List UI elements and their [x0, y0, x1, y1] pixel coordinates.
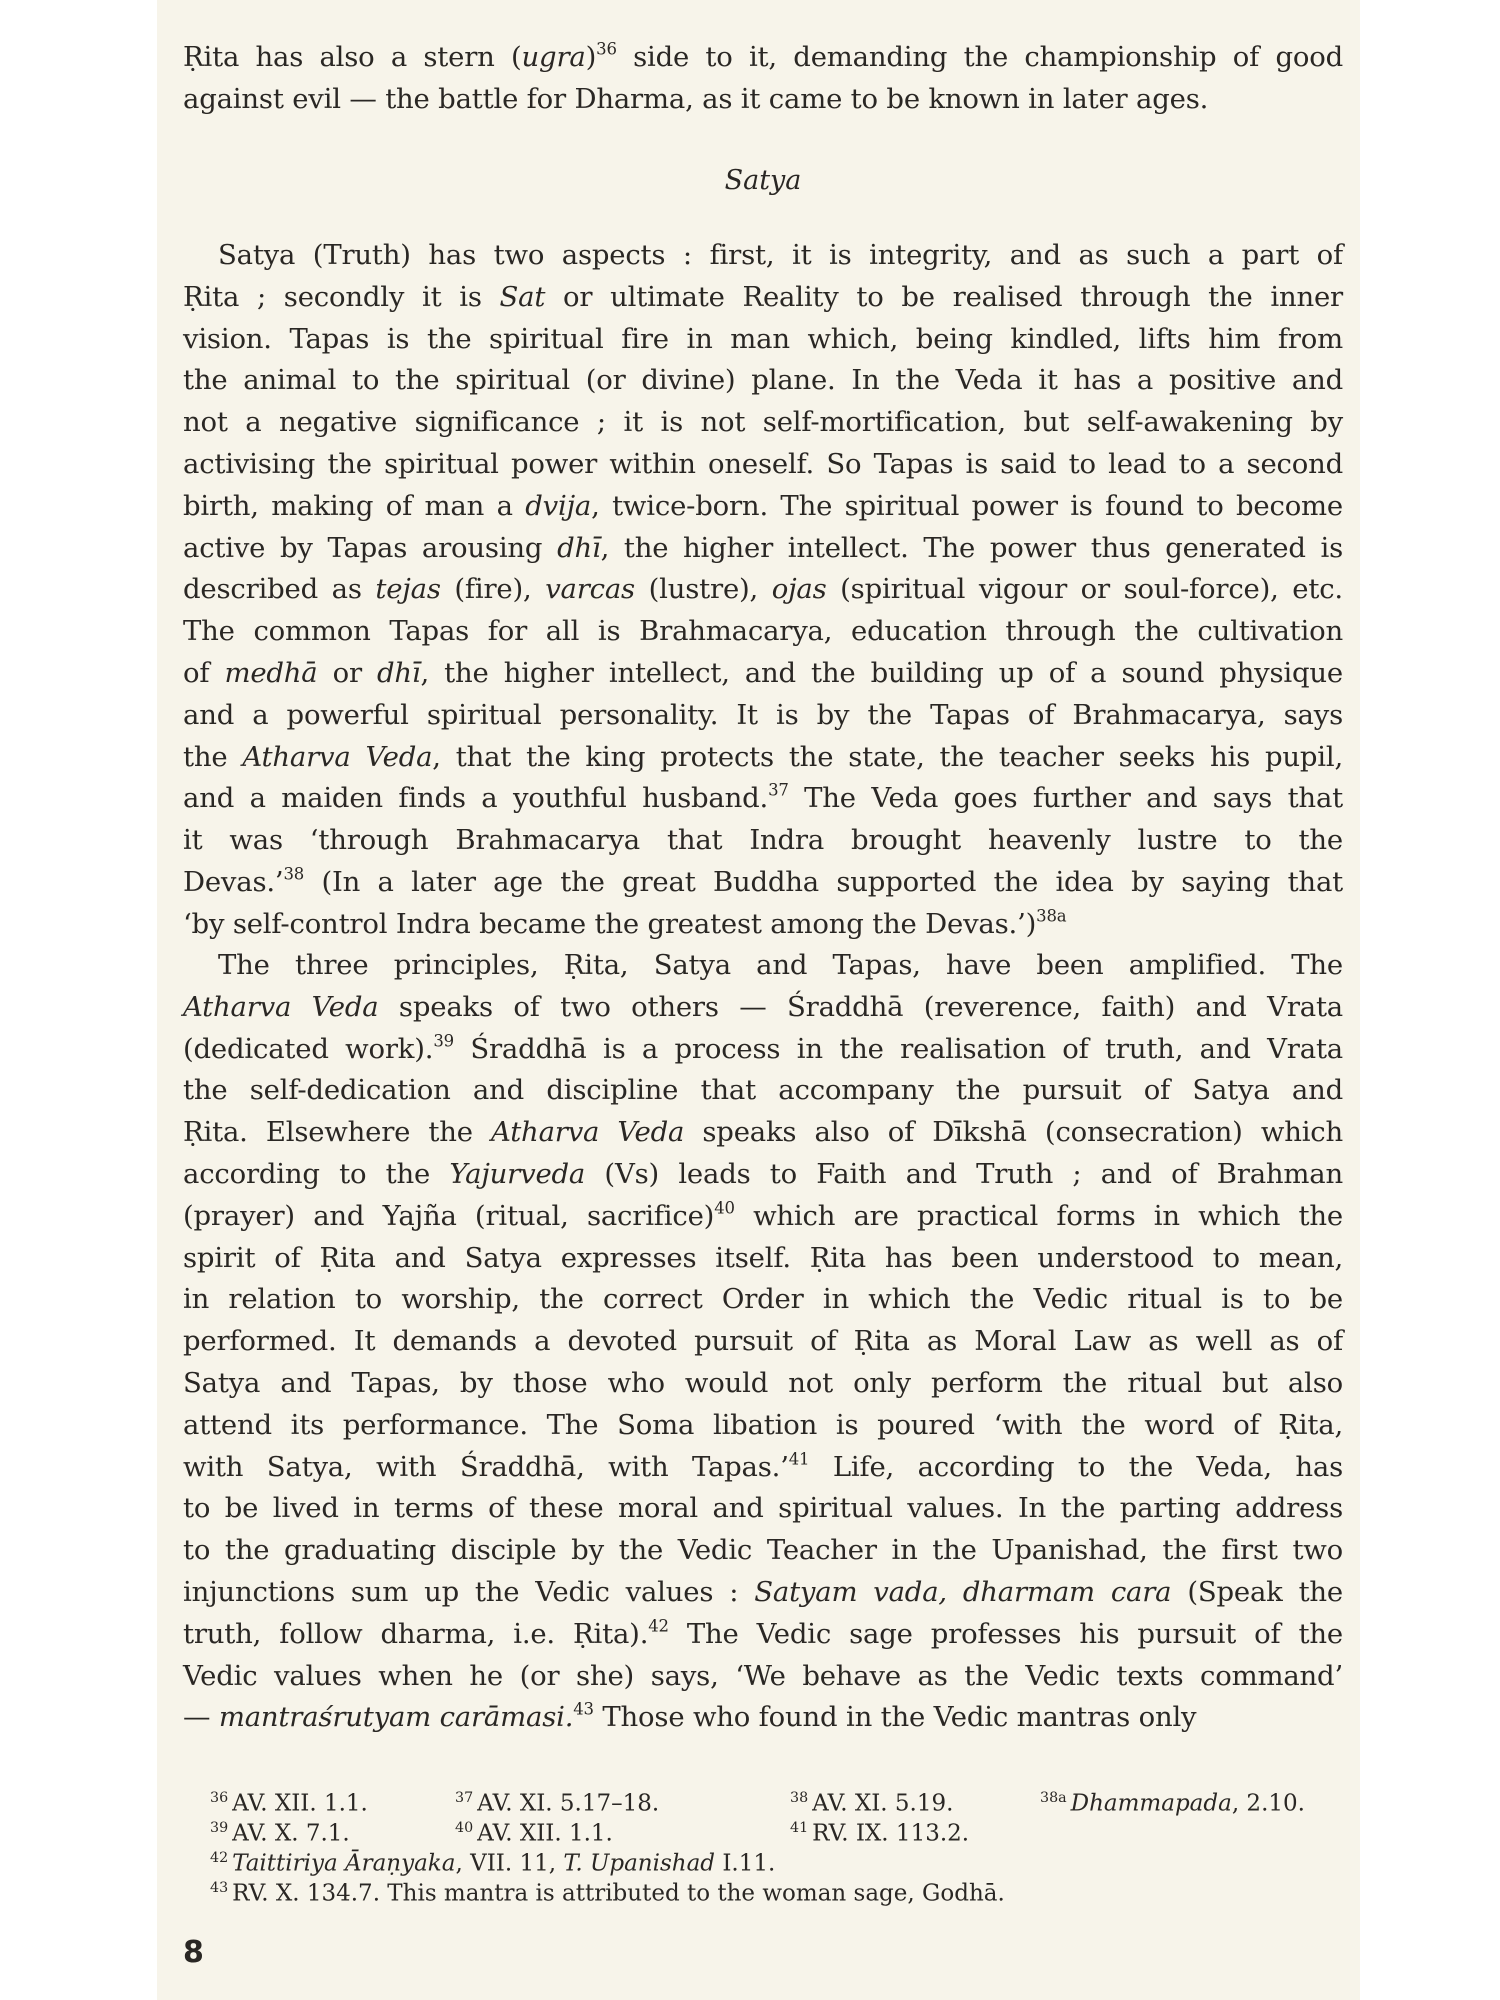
text-line: Satya (Truth) has two aspects : first, i… [218, 234, 1343, 276]
italic-term: Atharva Veda [242, 741, 432, 773]
footnote-number: 43 [210, 1880, 228, 1896]
text-line: according to the Yajurveda (Vs) leads to… [183, 1153, 1343, 1195]
footnote-number: 38a [1040, 1790, 1067, 1806]
text-line: against evil — the battle for Dharma, as… [183, 78, 1343, 120]
footnote-ref[interactable]: 43 [573, 1700, 594, 1719]
footnote-number: 40 [455, 1820, 473, 1836]
text-line: spirit of Ṛita and Satya expresses itsel… [183, 1237, 1343, 1279]
italic-term: medhā [224, 657, 317, 689]
text-line: in relation to worship, the correct Orde… [183, 1278, 1343, 1320]
text-line: Satya and Tapas, by those who would not … [183, 1362, 1343, 1404]
text-line: to the graduating disciple by the Vedic … [183, 1529, 1343, 1571]
footnote-ref[interactable]: 42 [648, 1616, 669, 1635]
footnote-ref[interactable]: 37 [768, 781, 789, 800]
footnote-number: 37 [455, 1790, 473, 1806]
text-line: ‘by self-control Indra became the greate… [183, 903, 1343, 945]
text-line: attend its performance. The Soma libatio… [183, 1404, 1343, 1446]
section-heading-satya: Satya [183, 160, 1343, 202]
footnote-number: 39 [210, 1820, 228, 1836]
text-line: birth, making of man a dvija, twice-born… [183, 485, 1343, 527]
italic-term: Yajurveda [449, 1158, 585, 1190]
text-line: described as tejas (fire), varcas (lustr… [183, 568, 1343, 610]
footnote-ref[interactable]: 40 [714, 1198, 735, 1217]
text-line: vision. Tapas is the spiritual fire in m… [183, 318, 1343, 360]
italic-term: Atharva Veda [491, 1116, 684, 1148]
italic-term: mantraśrutyam carāmasi. [219, 1701, 573, 1733]
text-line: not a negative significance ; it is not … [183, 401, 1343, 443]
italic-term: varcas [545, 573, 635, 605]
footnote-38a: 38aDhammapada, 2.10. [1040, 1783, 1305, 1819]
italic-term: dvija [525, 490, 591, 522]
text-line: and a powerful spiritual personality. It… [183, 694, 1343, 736]
text-line: Ṛita has also a stern (ugra)36 side to i… [183, 36, 1343, 78]
italic-term: dhī [377, 657, 421, 689]
footnote-41: 41RV. IX. 113.2. [790, 1813, 969, 1849]
text-line: performed. It demands a devoted pursuit … [183, 1320, 1343, 1362]
footnote-43: 43RV. X. 134.7. This mantra is attribute… [210, 1873, 1005, 1909]
italic-term: tejas [375, 573, 440, 605]
text-line: The common Tapas for all is Brahmacarya,… [183, 610, 1343, 652]
text-line: (dedicated work).39 Śraddhā is a process… [183, 1028, 1343, 1070]
text-line: Devas.’38 (In a later age the great Budd… [183, 861, 1343, 903]
text-line: the animal to the spiritual (or divine) … [183, 359, 1343, 401]
page-number: 8 [183, 1935, 204, 1970]
italic-term: dhī [557, 532, 601, 564]
text-line: active by Tapas arousing dhī, the higher… [183, 527, 1343, 569]
text-line: it was ‘through Brahmacarya that Indra b… [183, 819, 1343, 861]
footnote-ref[interactable]: 38a [1036, 906, 1066, 925]
text-line: Ṛita. Elsewhere the Atharva Veda speaks … [183, 1111, 1343, 1153]
footnote-number: 36 [210, 1790, 228, 1806]
text-line: activising the spiritual power within on… [183, 443, 1343, 485]
text-line: Atharva Veda speaks of two others — Śrad… [183, 986, 1343, 1028]
text-line: Vedic values when he (or she) says, ‘We … [183, 1655, 1343, 1697]
text-line: of medhā or dhī, the higher intellect, a… [183, 652, 1343, 694]
footnote-ref[interactable]: 38 [283, 864, 304, 883]
footnote-number: 38 [790, 1790, 808, 1806]
italic-term: ugra [522, 41, 586, 73]
text-line: injunctions sum up the Vedic values : Sa… [183, 1571, 1343, 1613]
text-line: The three principles, Ṛita, Satya and Ta… [218, 944, 1343, 986]
footnote-ref[interactable]: 41 [789, 1449, 810, 1468]
italic-term: Sat [500, 281, 546, 313]
text-line: with Satya, with Śraddhā, with Tapas.’41… [183, 1446, 1343, 1488]
footnote-ref[interactable]: 39 [433, 1031, 454, 1050]
italic-term: Satyam vada, dharmam cara [754, 1576, 1171, 1608]
text-line: (prayer) and Yajña (ritual, sacrifice)40… [183, 1195, 1343, 1237]
text-line: and a maiden finds a youthful husband.37… [183, 777, 1343, 819]
footnote-number: 42 [210, 1850, 228, 1866]
footnote-ref[interactable]: 36 [596, 39, 617, 58]
italic-term: Dhammapada [1071, 1791, 1232, 1817]
footnote-number: 41 [790, 1820, 808, 1836]
text-line: truth, follow dharma, i.e. Ṛita).42 The … [183, 1613, 1343, 1655]
text-line: the Atharva Veda, that the king protects… [183, 736, 1343, 778]
italic-term: Atharva Veda [183, 991, 378, 1023]
text-line: — mantraśrutyam carāmasi.43 Those who fo… [183, 1696, 1343, 1738]
text-line: to be lived in terms of these moral and … [183, 1487, 1343, 1529]
text-line: Ṛita ; secondly it is Sat or ultimate Re… [183, 276, 1343, 318]
italic-term: ojas [772, 573, 827, 605]
text-line: the self-dedication and discipline that … [183, 1069, 1343, 1111]
